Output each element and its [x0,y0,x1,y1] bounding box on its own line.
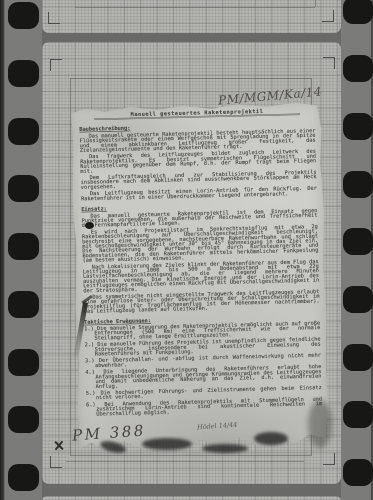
tear-shadow [308,400,332,448]
film-strip-right [341,0,373,500]
sprocket-hole [343,401,373,428]
registration-mark-bottom-right [322,10,334,22]
sprocket-hole [343,55,373,82]
sprocket-hole [343,228,373,255]
microfilm-photo: Manuell gesteuertes Raketenprojektil Bau… [0,0,373,500]
film-frame-previous [42,0,341,33]
sprocket-hole [343,0,373,24]
sprocket-hole [343,286,373,313]
registration-mark-top-right [323,57,335,69]
registration-mark-bottom-left [48,12,60,24]
sprocket-hole [8,233,39,260]
sprocket-hole [343,171,373,198]
document-paper: Manuell gesteuertes Raketenprojektil Bau… [70,101,330,453]
paragraph: Das symmetrische nicht eingestellte Trag… [83,290,319,315]
sprocket-hole [8,291,39,318]
sprocket-hole [343,344,373,371]
document-text: Manuell gesteuertes Raketenprojektil Bau… [79,108,322,419]
pencil-outline [66,461,304,462]
sprocket-hole [8,349,39,376]
film-edge [0,0,5,500]
sprocket-hole [8,175,39,202]
tear-shadow [254,432,288,445]
registration-mark-bottom-right [323,453,335,465]
film-frame-next [42,496,341,500]
film-frame-main: Manuell gesteuertes Raketenprojektil Bau… [42,42,341,484]
sprocket-hole [8,464,39,491]
sprocket-hole [343,113,373,140]
tear-shadow [202,444,248,453]
paragraph: Nach Lokalisierung des Zieles klinkt der… [83,259,320,293]
tear-shadow [142,438,192,450]
pencil-outline [315,0,316,7]
film-strip-left [0,0,42,500]
punch-hole-dot [85,222,94,229]
sprocket-hole [8,2,39,29]
sprocket-hole [8,60,39,87]
document-title: Manuell gesteuertes Raketenprojektil [94,109,300,121]
registration-mark-top-left [50,59,62,71]
sprocket-hole [343,459,373,486]
paragraph: Es wird nach Projektilstart im Senkrecht… [82,224,319,263]
registration-mark-bottom-left [50,456,62,468]
pencil-outline [75,7,315,8]
sprocket-hole [8,406,39,433]
sprocket-hole [8,118,39,145]
